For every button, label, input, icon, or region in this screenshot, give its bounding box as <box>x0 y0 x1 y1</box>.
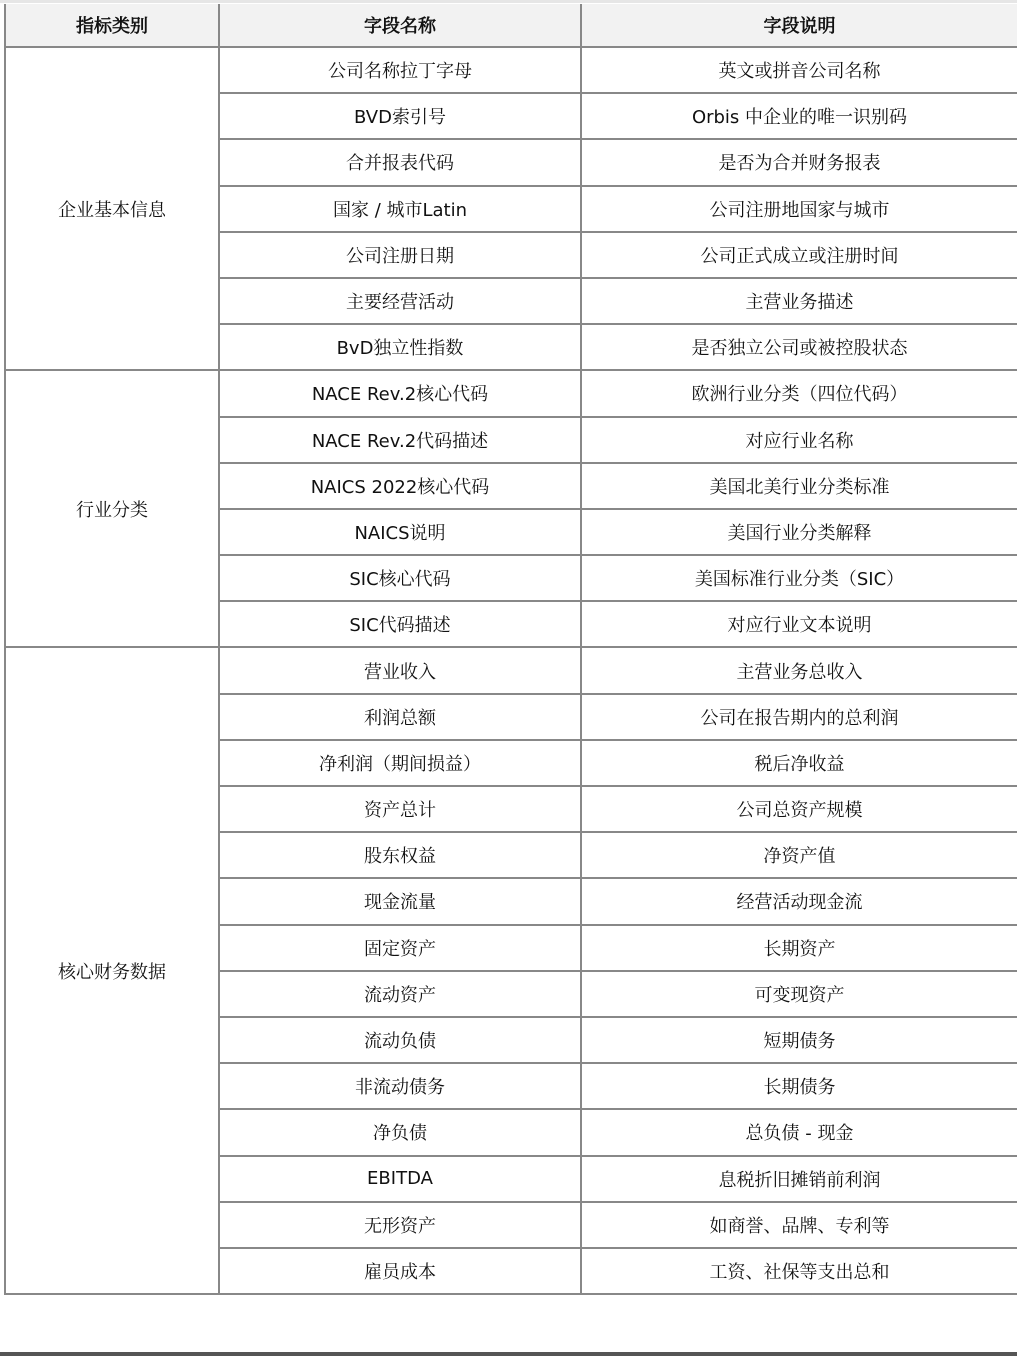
field-description-cell: 主营业务描述 <box>581 278 1017 324</box>
field-name-cell: NAICS 2022核心代码 <box>219 463 581 509</box>
field-name-cell: NACE Rev.2代码描述 <box>219 417 581 463</box>
field-description-cell: 英文或拼音公司名称 <box>581 47 1017 93</box>
field-name-cell: SIC核心代码 <box>219 555 581 601</box>
bottom-edge-bar <box>0 1352 1017 1356</box>
field-name-cell: EBITDA <box>219 1156 581 1202</box>
field-definition-table: 指标类别 字段名称 字段说明 企业基本信息公司名称拉丁字母英文或拼音公司名称BV… <box>4 4 1017 1295</box>
field-name-cell: 公司名称拉丁字母 <box>219 47 581 93</box>
field-name-cell: 现金流量 <box>219 878 581 924</box>
field-description-cell: 美国行业分类解释 <box>581 509 1017 555</box>
field-name-cell: BvD独立性指数 <box>219 324 581 370</box>
field-name-cell: 雇员成本 <box>219 1248 581 1294</box>
field-description-cell: 公司总资产规模 <box>581 786 1017 832</box>
field-description-cell: 净资产值 <box>581 832 1017 878</box>
field-description-cell: 工资、社保等支出总和 <box>581 1248 1017 1294</box>
field-name-cell: 净负债 <box>219 1109 581 1155</box>
field-name-cell: 主要经营活动 <box>219 278 581 324</box>
field-description-cell: 税后净收益 <box>581 740 1017 786</box>
field-name-cell: 国家 / 城市Latin <box>219 186 581 232</box>
field-description-cell: 美国标准行业分类（SIC） <box>581 555 1017 601</box>
field-description-cell: 经营活动现金流 <box>581 878 1017 924</box>
table-body: 企业基本信息公司名称拉丁字母英文或拼音公司名称BVD索引号Orbis 中企业的唯… <box>5 47 1017 1294</box>
field-name-cell: 净利润（期间损益） <box>219 740 581 786</box>
field-description-cell: 欧洲行业分类（四位代码） <box>581 370 1017 416</box>
table-row: 核心财务数据营业收入主营业务总收入 <box>5 647 1017 693</box>
category-cell: 企业基本信息 <box>5 47 219 370</box>
field-description-cell: 短期债务 <box>581 1017 1017 1063</box>
field-name-cell: NAICS说明 <box>219 509 581 555</box>
header-field-name: 字段名称 <box>219 4 581 47</box>
field-name-cell: SIC代码描述 <box>219 601 581 647</box>
field-description-cell: 如商誉、品牌、专利等 <box>581 1202 1017 1248</box>
page-top-edge <box>0 0 1017 3</box>
table-row: 企业基本信息公司名称拉丁字母英文或拼音公司名称 <box>5 47 1017 93</box>
field-description-cell: 息税折旧摊销前利润 <box>581 1156 1017 1202</box>
category-cell: 行业分类 <box>5 370 219 647</box>
field-name-cell: BVD索引号 <box>219 93 581 139</box>
field-description-cell: 可变现资产 <box>581 971 1017 1017</box>
field-name-cell: 公司注册日期 <box>219 232 581 278</box>
header-category: 指标类别 <box>5 4 219 47</box>
field-name-cell: 利润总额 <box>219 694 581 740</box>
field-description-cell: 美国北美行业分类标准 <box>581 463 1017 509</box>
field-name-cell: 资产总计 <box>219 786 581 832</box>
field-name-cell: 流动资产 <box>219 971 581 1017</box>
field-name-cell: 固定资产 <box>219 925 581 971</box>
field-description-cell: 长期债务 <box>581 1063 1017 1109</box>
field-description-cell: 公司注册地国家与城市 <box>581 186 1017 232</box>
field-description-cell: 对应行业文本说明 <box>581 601 1017 647</box>
field-name-cell: 非流动债务 <box>219 1063 581 1109</box>
field-name-cell: 营业收入 <box>219 647 581 693</box>
field-description-cell: Orbis 中企业的唯一识别码 <box>581 93 1017 139</box>
category-cell: 核心财务数据 <box>5 647 219 1294</box>
field-name-cell: NACE Rev.2核心代码 <box>219 370 581 416</box>
field-name-cell: 流动负债 <box>219 1017 581 1063</box>
table-row: 行业分类NACE Rev.2核心代码欧洲行业分类（四位代码） <box>5 370 1017 416</box>
field-name-cell: 无形资产 <box>219 1202 581 1248</box>
field-description-cell: 是否独立公司或被控股状态 <box>581 324 1017 370</box>
field-description-cell: 是否为合并财务报表 <box>581 139 1017 185</box>
header-field-description: 字段说明 <box>581 4 1017 47</box>
field-name-cell: 股东权益 <box>219 832 581 878</box>
field-description-cell: 公司正式成立或注册时间 <box>581 232 1017 278</box>
field-description-cell: 主营业务总收入 <box>581 647 1017 693</box>
field-description-cell: 长期资产 <box>581 925 1017 971</box>
table-header-row: 指标类别 字段名称 字段说明 <box>5 4 1017 47</box>
field-description-cell: 对应行业名称 <box>581 417 1017 463</box>
field-description-cell: 公司在报告期内的总利润 <box>581 694 1017 740</box>
field-name-cell: 合并报表代码 <box>219 139 581 185</box>
field-description-cell: 总负债 - 现金 <box>581 1109 1017 1155</box>
